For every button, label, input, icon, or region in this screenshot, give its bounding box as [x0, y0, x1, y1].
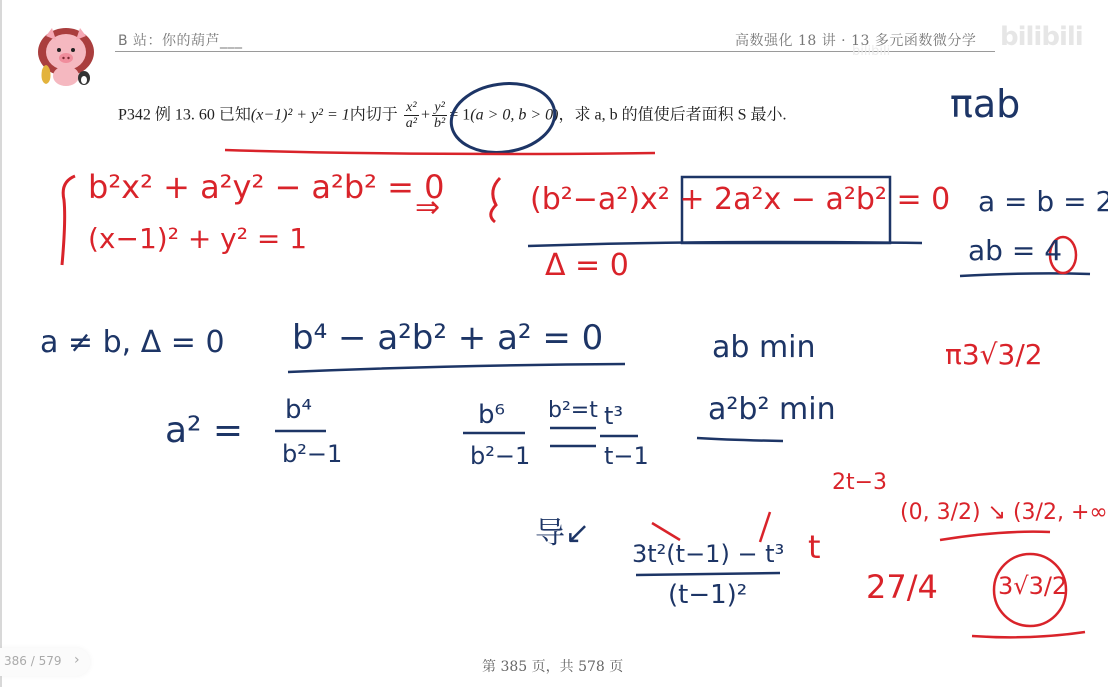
a2-label: a² =: [165, 410, 243, 451]
bilibili-logo-icon: bilibili: [1000, 22, 1083, 52]
problem-question: ，求 a, b 的值使后者面积 S 最小.: [558, 107, 786, 124]
a2-denominator: b²−1: [282, 440, 342, 468]
discriminant-equation: b⁴ − a²b² + a² = 0: [292, 318, 603, 358]
pi-answer: π3√3/2: [945, 338, 1043, 371]
fraction-x: x²a²: [404, 100, 419, 132]
page-left-edge: [0, 0, 2, 687]
problem-mid: 内切于: [350, 107, 398, 124]
pig-mascot-icon: [32, 22, 100, 90]
f-numerator: b⁶: [478, 400, 505, 430]
g-denominator: t−1: [604, 442, 649, 470]
implies-arrow: ⇒: [415, 190, 440, 225]
system-line-1: b²x² + a²y² − a²b² = 0: [88, 168, 445, 206]
circle-equation: (x−1)² + y² = 1: [251, 107, 350, 124]
min-value: 27/4: [866, 568, 938, 606]
area-formula: πab: [950, 82, 1020, 126]
page-footer: 第 385 页，共 578 页: [482, 656, 623, 676]
result-line-1: (b²−a²)x² + 2a²x − a²b² = 0: [530, 182, 950, 217]
problem-statement: P342 例 13. 60 已知(x−1)² + y² = 1内切于 x²a²+…: [118, 100, 787, 132]
derivative-red-t: t: [808, 528, 821, 566]
page-navigator[interactable]: 386 / 579 ›: [0, 648, 90, 676]
result-line-2: Δ = 0: [545, 248, 629, 283]
derivative-denominator: (t−1)²: [668, 580, 747, 610]
t-value: 2t−3: [832, 470, 887, 495]
problem-condition: (a > 0, b > 0): [470, 107, 558, 124]
derivative-label: 导↙: [535, 508, 590, 552]
a2-numerator: b⁴: [285, 395, 312, 425]
next-page-chevron-icon[interactable]: ›: [74, 652, 80, 668]
final-answer: 3√3/2: [998, 572, 1067, 600]
document-header: B 站：你的葫芦___ 高数强化 18 讲 · 13 多元函数微分学 bilib…: [0, 0, 1108, 60]
f-denominator: b²−1: [470, 442, 530, 470]
case-equal: a = b = 2: [978, 185, 1108, 218]
system-line-2: (x−1)² + y² = 1: [88, 222, 307, 255]
fraction-y: y²b²: [432, 100, 447, 132]
a2b2-min: a²b² min: [708, 392, 836, 427]
page-counter: 386 / 579: [4, 654, 61, 668]
watermark-text: bilibili: [852, 44, 890, 59]
g-numerator: t³: [604, 402, 623, 430]
ab-min: ab min: [712, 330, 816, 365]
header-channel-label: B 站：你的葫芦___: [118, 30, 243, 50]
case-unequal: a ≠ b, Δ = 0: [40, 325, 225, 360]
monotonic-intervals: (0, 3/2) ↘ (3/2, +∞) ↗: [900, 500, 1108, 525]
substitution: b²=t: [548, 398, 598, 423]
case-equal-product: ab = 4: [968, 234, 1062, 267]
problem-prefix: P342 例 13. 60 已知: [118, 107, 251, 124]
derivative-numerator: 3t²(t−1) − t³: [632, 540, 784, 568]
